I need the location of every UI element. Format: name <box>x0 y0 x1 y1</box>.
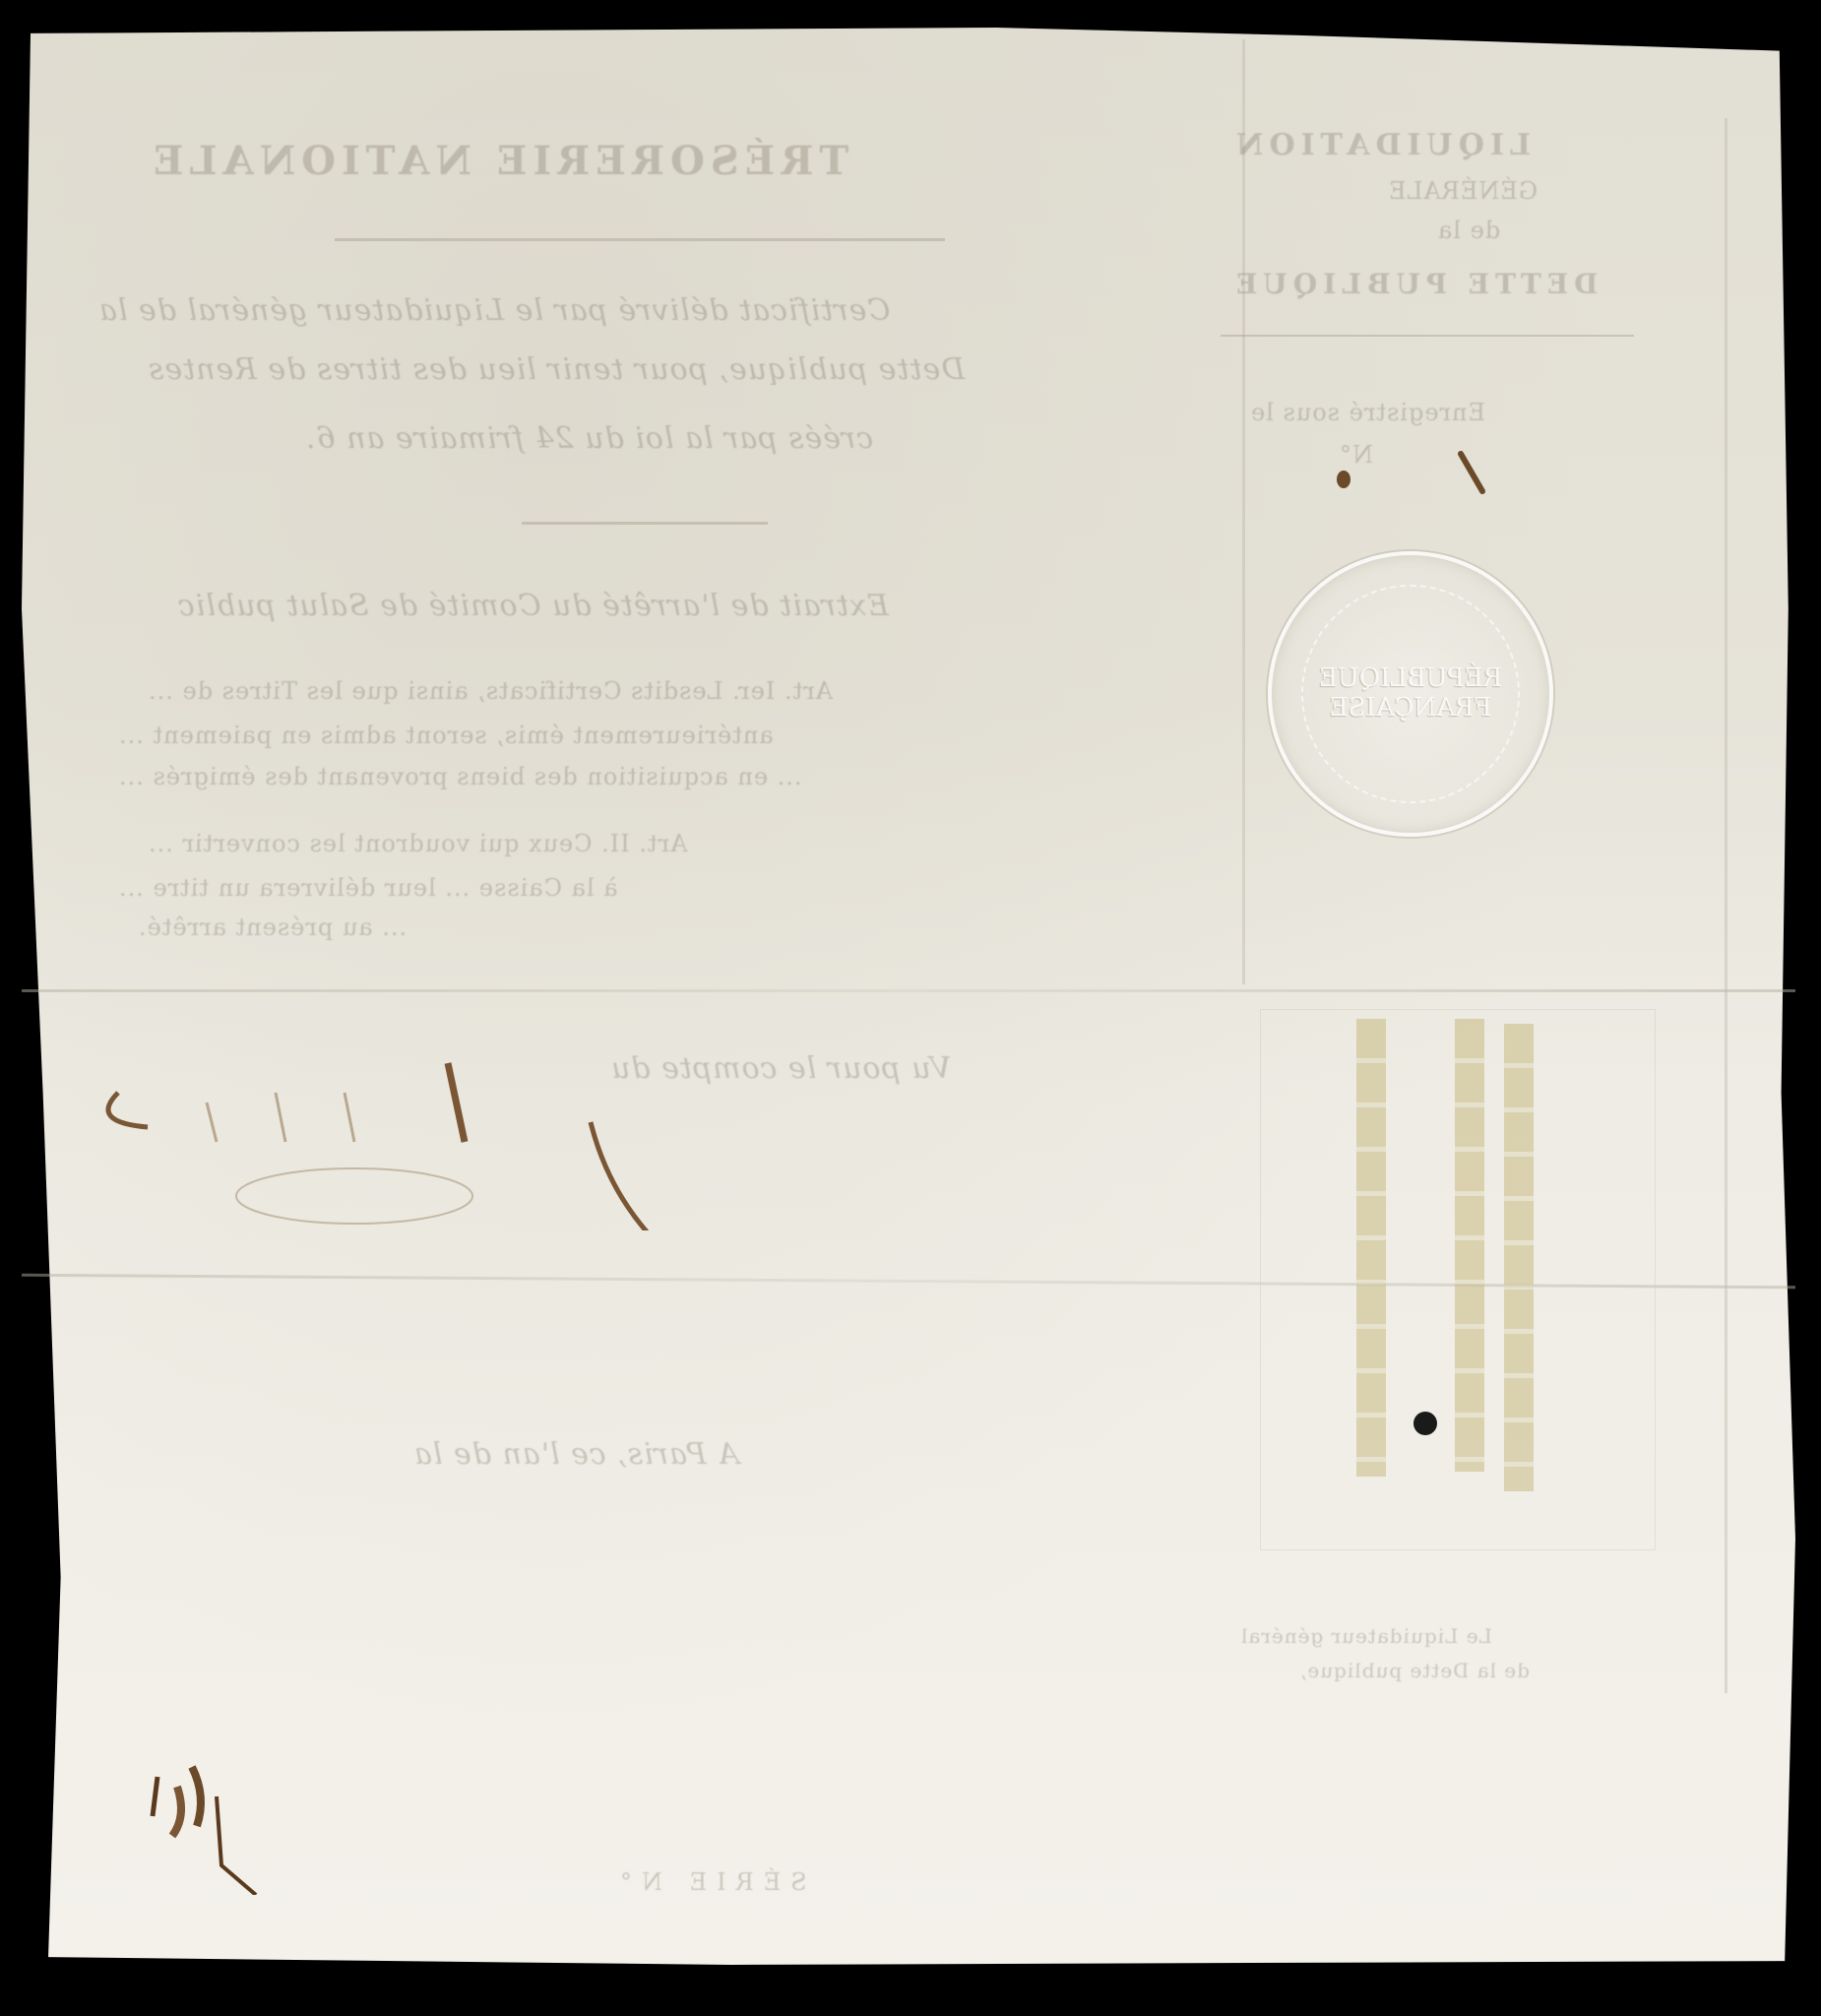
ghost-series-line: SÉRIE N° <box>610 1868 807 1896</box>
ghost-heading: TRÉSORERIE NATIONALE <box>148 138 848 184</box>
seal-text: RÉPUBLIQUE FRANÇAISE <box>1272 663 1549 723</box>
ghost-article-1-line-1: Art. Ier. Lesdits Certificats, ainsi que… <box>148 677 833 705</box>
margin-edge-line <box>1725 118 1727 1693</box>
stamp-area-outline <box>1260 1009 1656 1550</box>
ghost-article-2-line-1: Art. II. Ceux qui voudront les convertir… <box>148 830 687 857</box>
ghost-right-heading-4: DETTE PUBLIQUE <box>1230 268 1598 300</box>
ghost-right-heading-1: LIQUIDATION <box>1230 128 1531 162</box>
fold-line-vertical <box>1242 39 1245 984</box>
ghost-number-label: N° <box>1339 441 1373 469</box>
embossed-seal: RÉPUBLIQUE FRANÇAISE <box>1268 551 1553 837</box>
signature-mark <box>59 1034 945 1230</box>
ghost-article-1-line-2: antérieurement émis, seront admis en pai… <box>118 722 774 749</box>
heading-rule <box>335 238 945 241</box>
ghost-footer-line-2: de la Dette publique, <box>1299 1659 1530 1682</box>
bottom-left-ink-mark <box>148 1757 285 1895</box>
ghost-right-heading-3: de la <box>1437 217 1500 244</box>
fold-line-upper <box>22 989 1795 992</box>
ghost-article-1-line-3: ... en acquisition des biens provenant d… <box>118 763 802 790</box>
title-rule <box>522 522 768 525</box>
ink-dot <box>1337 471 1350 488</box>
ghost-article-2-line-3: ... au présent arrêté. <box>138 913 407 941</box>
ghost-title-line-1: Certificat délivré par le Liquidateur gé… <box>98 293 890 328</box>
ghost-title-line-2: Dette publique, pour tenir lieu des titr… <box>148 352 965 387</box>
ghost-extract-line: Extrait de l'arrêté du Comité de Salut p… <box>177 589 889 623</box>
ghost-title-line-3: créés par la loi du 24 frimaire an 6. <box>305 421 873 456</box>
ghost-footer-line-1: Le Liquidateur général <box>1240 1624 1492 1648</box>
ghost-article-2-line-2: à la Caisse ... leur délivrera un titre … <box>118 874 618 902</box>
ghost-number-line: Enregistré sous le <box>1250 399 1485 426</box>
ghost-date-line: A Paris, ce l'an de la <box>413 1437 739 1472</box>
right-heading-rule <box>1221 335 1634 337</box>
ghost-right-heading-2: GÉNÉRALE <box>1388 177 1538 205</box>
